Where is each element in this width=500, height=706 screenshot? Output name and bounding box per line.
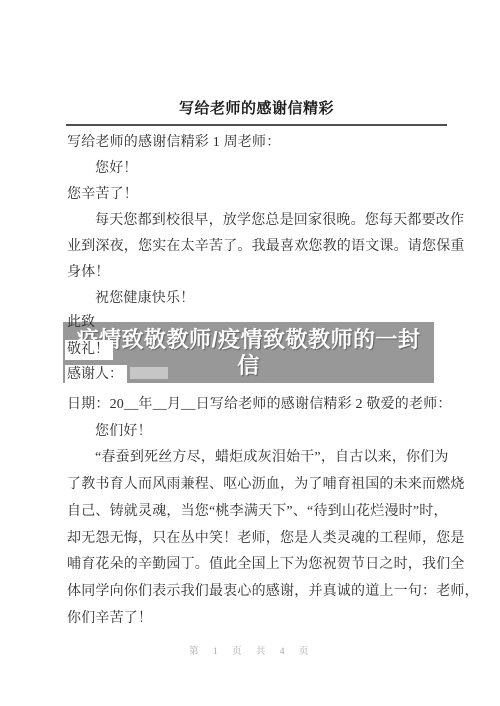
doc-line: 祝您健康快乐！ [67, 286, 449, 312]
doc-line: 您们好！ [67, 419, 449, 446]
doc-line: “春蚕到死丝方尽，蜡炬成灰泪始干”，自古以来，你们为 [67, 445, 449, 472]
doc-line: 日期：20__年__月__日写给老师的感谢信精彩 2 敬爱的老师： [67, 392, 449, 419]
doc-line: 您好！ [67, 156, 449, 182]
title-divider-rule [66, 124, 447, 126]
doc-line: 写给老师的感谢信精彩 1 周老师： [67, 130, 449, 156]
doc-line: 却无怨无悔，只在丛中笑！老师，您是人类灵魂的工程师，您是 [67, 526, 449, 553]
overlay-banner-line1: 疫情致敬教师/疫情致敬教师的一封 [76, 327, 420, 353]
closing-jingli: 敬礼！ [65, 340, 113, 360]
page-number-indicator: 第 1 页 共 4 页 [0, 643, 500, 657]
overlay-banner-line2: 信 [237, 353, 260, 379]
document-page: { "document": { "title": "写给老师的感谢信精彩", "… [0, 0, 500, 706]
closing-jingli-text: 敬礼！ [65, 340, 113, 360]
doc-line: 体同学向你们表示我们最衷心的感谢，并真诚的道上一句：老师， [67, 579, 449, 606]
document-title: 写给老师的感谢信精彩 [66, 97, 447, 118]
doc-line: 每天您都到校很早，放学您总是回家很晚。您每天都要改作 [67, 208, 449, 234]
letter-body-top: 写给老师的感谢信精彩 1 周老师： 您好！ 您辛苦了！ 每天您都到校很早，放学您… [67, 130, 449, 312]
doc-line: 自己、铸就灵魂，当您“桃李满天下”、“待到山花烂漫时”时， [67, 499, 449, 526]
letter-body-bottom: 日期：20__年__月__日写给老师的感谢信精彩 2 敬爱的老师： 您们好！ “… [67, 392, 449, 632]
thanks-label: 感谢人： [65, 365, 127, 385]
doc-line: 哺育花朵的辛勤园丁。值此全国上下为您祝贺节日之时，我们全 [67, 552, 449, 579]
doc-line: 业到深夜，您实在太辛苦了。我最喜欢您教的语文课。请您保重 [67, 234, 449, 260]
closing-cizhi: 此致 [67, 315, 95, 331]
signature-blank [130, 367, 168, 379]
doc-line: 您辛苦了！ [67, 182, 449, 208]
doc-line: 了教书育人而风雨兼程、呕心沥血，为了哺育祖国的未来而燃烧 [67, 472, 449, 499]
closing-thanks-line: 感谢人： [65, 365, 168, 385]
doc-line: 你们辛苦了！ [67, 606, 449, 633]
doc-line: 身体！ [67, 260, 449, 286]
